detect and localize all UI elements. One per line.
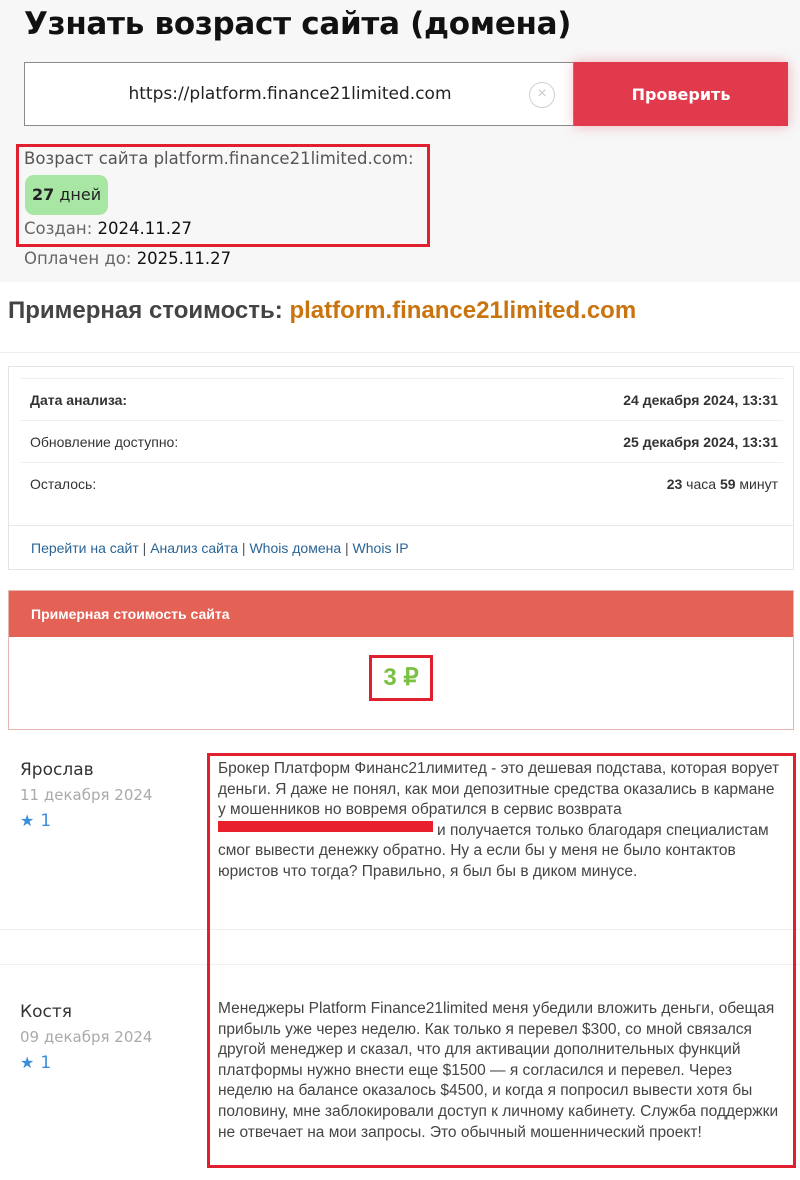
link-separator: |: [139, 540, 150, 556]
link-separator: |: [238, 540, 249, 556]
paid-label: Оплачен до:: [24, 249, 137, 268]
row-time-left: Осталось: 23 часа 59 минут: [21, 462, 783, 504]
review-text: Менеджеры Platform Finance21limited меня…: [218, 999, 784, 1143]
row-label: Осталось:: [30, 476, 96, 492]
review-rating[interactable]: ★1: [20, 1053, 152, 1073]
link-separator: |: [341, 540, 352, 556]
review-author: Ярослав: [20, 760, 152, 780]
created-label: Создан:: [24, 219, 98, 238]
review-text-part: Брокер Платформ Финанс21лимитед - это де…: [218, 760, 779, 818]
estimate-title-prefix: Примерная стоимость:: [8, 297, 289, 324]
row-update-available: Обновление доступно: 25 декабря 2024, 13…: [21, 420, 783, 462]
link-whois-ip[interactable]: Whois IP: [353, 540, 409, 556]
review-author-block: Костя 09 декабря 2024 ★1: [20, 1002, 152, 1073]
divider: [0, 964, 800, 965]
domain-age-section: Узнать возраст сайта (домена) × Проверит…: [0, 0, 800, 282]
check-button[interactable]: Проверить: [574, 62, 788, 126]
created-value: 2024.11.27: [98, 219, 192, 238]
site-value-box: Примерная стоимость сайта 3 ₽: [8, 590, 794, 730]
page-title: Узнать возраст сайта (домена): [24, 6, 571, 42]
divider: [0, 352, 800, 353]
age-label: Возраст сайта platform.finance21limited.…: [24, 149, 414, 168]
redaction-bar: [218, 821, 433, 832]
minutes-value: 59: [720, 476, 736, 492]
panel-footer: Перейти на сайт | Анализ сайта | Whois д…: [9, 525, 793, 570]
row-label: Дата анализа:: [30, 392, 127, 408]
site-value-title: Примерная стоимость сайта: [31, 606, 230, 622]
age-badge: 27 дней: [25, 175, 108, 215]
minutes-unit: минут: [736, 476, 778, 492]
star-icon: ★: [20, 1053, 34, 1072]
rating-value: 1: [40, 1053, 51, 1073]
site-value: 3 ₽: [372, 658, 430, 698]
divider: [0, 929, 800, 930]
link-site-analysis[interactable]: Анализ сайта: [150, 540, 238, 556]
star-icon: ★: [20, 811, 34, 830]
paid-until-date: Оплачен до: 2025.11.27: [24, 249, 231, 268]
created-date: Создан: 2024.11.27: [24, 219, 192, 238]
highlight-frame: 3 ₽: [369, 655, 433, 701]
review-date: 09 декабря 2024: [20, 1028, 152, 1046]
review-date: 11 декабря 2024: [20, 786, 152, 804]
hours-unit: часа: [682, 476, 720, 492]
domain-input[interactable]: [25, 63, 525, 125]
age-number: 27: [32, 185, 54, 204]
row-value: 23 часа 59 минут: [667, 476, 778, 492]
row-analysis-date: Дата анализа: 24 декабря 2024, 13:31: [21, 378, 783, 420]
row-label: Обновление доступно:: [30, 434, 178, 450]
row-value: 25 декабря 2024, 13:31: [623, 434, 778, 450]
link-whois-domain[interactable]: Whois домена: [249, 540, 341, 556]
review-text: Брокер Платформ Финанс21лимитед - это де…: [218, 759, 784, 883]
review-rating[interactable]: ★1: [20, 811, 152, 831]
age-unit: дней: [54, 185, 101, 204]
review-author: Костя: [20, 1002, 152, 1022]
link-visit-site[interactable]: Перейти на сайт: [31, 540, 139, 556]
hours-value: 23: [667, 476, 683, 492]
analysis-panel: Дата анализа: 24 декабря 2024, 13:31 Обн…: [8, 366, 794, 570]
rating-value: 1: [40, 811, 51, 831]
review-author-block: Ярослав 11 декабря 2024 ★1: [20, 760, 152, 831]
site-links: Перейти на сайт | Анализ сайта | Whois д…: [31, 540, 409, 556]
estimate-title: Примерная стоимость: platform.finance21l…: [8, 297, 636, 325]
estimate-domain: platform.finance21limited.com: [289, 297, 636, 324]
row-value: 24 декабря 2024, 13:31: [623, 392, 778, 408]
clear-icon[interactable]: ×: [529, 82, 555, 108]
paid-value: 2025.11.27: [137, 249, 231, 268]
site-value-header: Примерная стоимость сайта: [9, 591, 793, 637]
domain-search-box: ×: [24, 62, 574, 126]
